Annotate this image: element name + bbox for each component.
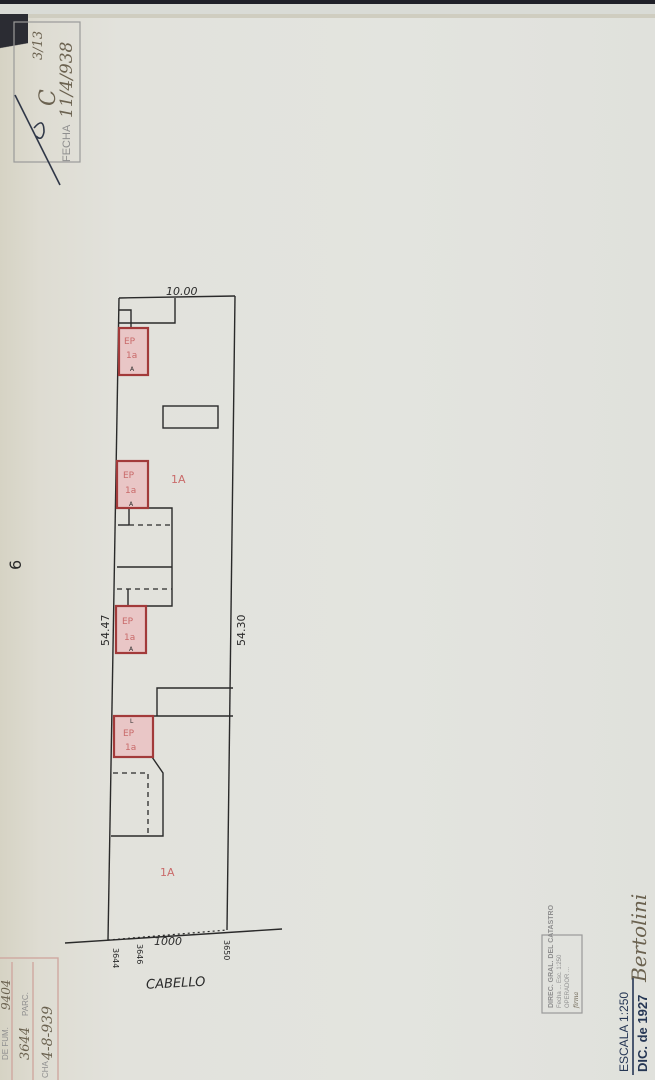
svg-text:OPERADOR ...: OPERADOR ...	[565, 967, 571, 1008]
dimension-right-depth: 54.30	[235, 615, 248, 647]
fecha-code: 3/13	[31, 31, 46, 60]
dimension-left-depth: 54.47	[99, 615, 112, 647]
ep-stamp-4: L EP 1a	[114, 716, 153, 757]
svg-text:DIREC. GRAL. DEL CATASTRO: DIREC. GRAL. DEL CATASTRO	[548, 904, 555, 1008]
street-name: CABELLO	[146, 975, 206, 993]
zone-label-1a-lower: 1A	[160, 866, 175, 879]
fecha-label: FECHA	[61, 124, 73, 162]
svg-text:DE FUM.: DE FUM.	[1, 1027, 10, 1060]
ep-stamp-1: EP 1a A	[119, 328, 148, 375]
svg-text:EP: EP	[122, 617, 134, 627]
parcel-registry-stamp: DE FUM. 9404 3644 PARC. CHA 4-8-939	[0, 958, 58, 1080]
svg-text:1a: 1a	[125, 486, 136, 496]
plot-outline	[65, 296, 282, 943]
svg-text:1a: 1a	[125, 743, 136, 753]
scale-block: ESCALA 1:250 DIC. de 1927 Bertolini	[617, 894, 651, 1075]
svg-text:1a: 1a	[124, 633, 135, 643]
catastro-stamp: DIREC. GRAL. DEL CATASTRO Fecha ... Esc.…	[542, 904, 582, 1013]
street-number-3644: 3644	[111, 948, 120, 968]
fecha-letter: C	[36, 89, 61, 106]
svg-text:EP: EP	[123, 729, 135, 739]
svg-text:9404: 9404	[0, 979, 13, 1010]
street-number-3646: 3646	[135, 944, 144, 964]
dimension-top-width: 10.00	[166, 285, 198, 298]
svg-text:EP: EP	[123, 471, 135, 481]
signature: Bertolini	[627, 894, 651, 983]
pen-stroke	[15, 95, 60, 185]
ep-stamp-3: EP 1a A	[116, 606, 146, 653]
dimension-front-width: 1000	[154, 935, 182, 948]
svg-text:CHA: CHA	[41, 1060, 50, 1078]
svg-text:1a: 1a	[126, 351, 137, 361]
zone-label-1a-upper: 1A	[171, 473, 186, 486]
svg-text:4-8-939: 4-8-939	[40, 1006, 56, 1061]
ep-stamp-2: EP 1a A	[117, 461, 148, 508]
svg-text:Fecha ... Esc. 1:250: Fecha ... Esc. 1:250	[557, 954, 563, 1008]
fecha-stamp: FECHA 11/4/938 C 3/13	[14, 22, 80, 185]
svg-text:3644: 3644	[18, 1027, 33, 1060]
street-number-3650: 3650	[222, 940, 231, 960]
drawing-date: DIC. de 1927	[635, 995, 650, 1072]
scale-label: ESCALA 1:250	[617, 992, 631, 1072]
sheet-number: 6	[6, 560, 25, 570]
svg-text:firma: firma	[573, 991, 580, 1009]
document-viewer: FECHA 11/4/938 C 3/13 6	[0, 0, 655, 1080]
svg-text:EP: EP	[124, 337, 136, 347]
svg-text:PARC.: PARC.	[21, 992, 30, 1016]
cadastral-plan-drawing: FECHA 11/4/938 C 3/13 6	[0, 0, 655, 1080]
